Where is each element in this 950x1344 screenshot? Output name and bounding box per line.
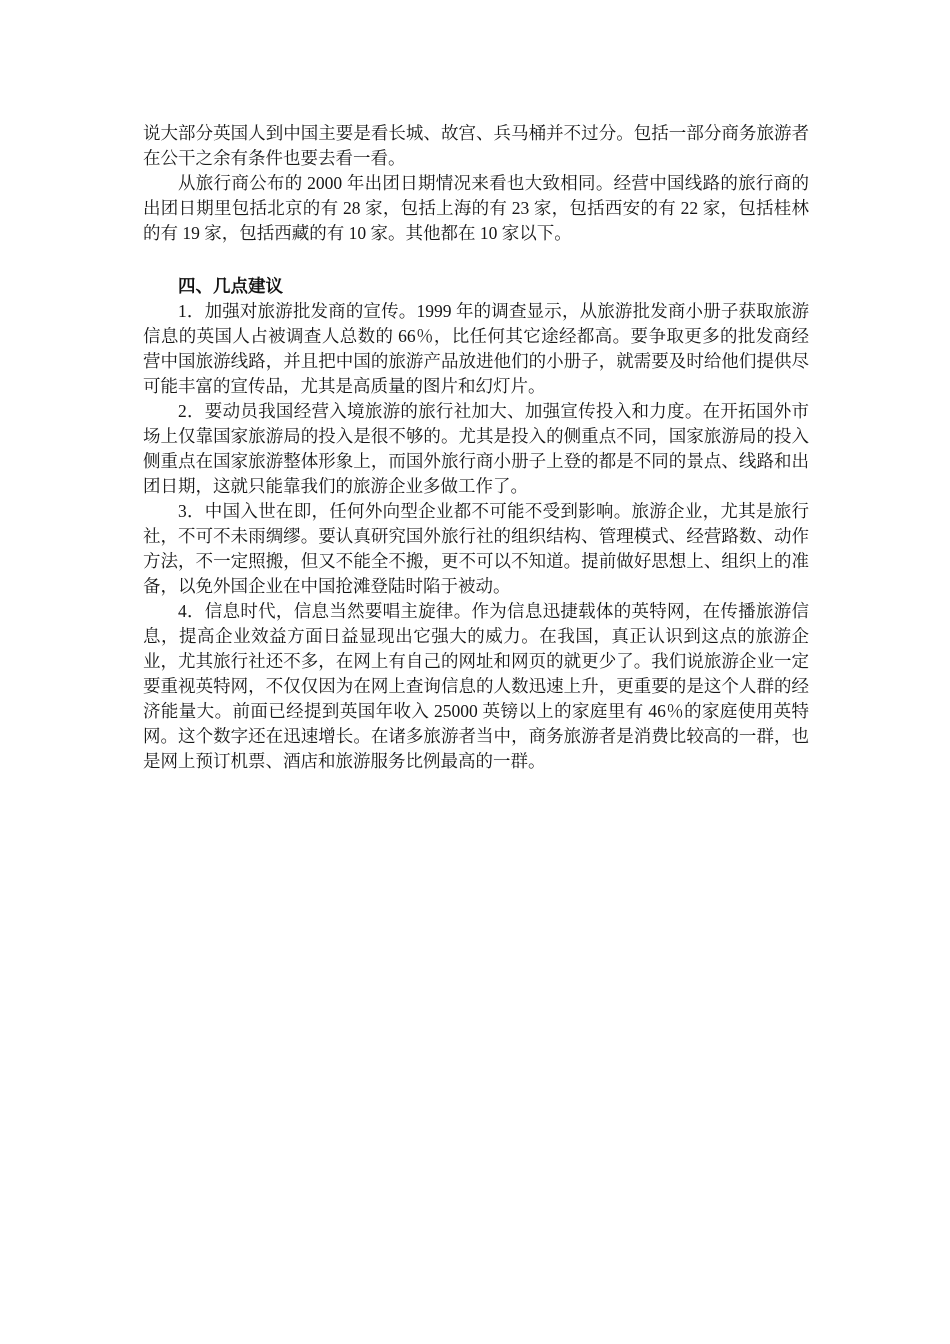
section-heading-suggestions: 四、几点建议 — [143, 274, 809, 299]
document-page: 说大部分英国人到中国主要是看长城、故宫、兵马桶并不过分。包括一部分商务旅游者在公… — [0, 0, 950, 1344]
suggestion-item-1: 1．加强对旅游批发商的宣传。1999 年的调查显示，从旅游批发商小册子获取旅游信… — [143, 299, 809, 399]
intro-paragraph-departure-dates: 从旅行商公布的 2000 年出团日期情况来看也大致相同。经营中国线路的旅行商的出… — [143, 171, 809, 246]
suggestion-item-3: 3．中国入世在即，任何外向型企业都不可能不受到影响。旅游企业，尤其是旅行社，不可… — [143, 499, 809, 599]
document-content: 说大部分英国人到中国主要是看长城、故宫、兵马桶并不过分。包括一部分商务旅游者在公… — [143, 121, 809, 774]
suggestion-item-2: 2．要动员我国经营入境旅游的旅行社加大、加强宣传投入和力度。在开拓国外市场上仅靠… — [143, 399, 809, 499]
suggestion-item-4: 4．信息时代，信息当然要唱主旋律。作为信息迅捷载体的英特网，在传播旅游信息，提高… — [143, 599, 809, 774]
intro-paragraph-continued: 说大部分英国人到中国主要是看长城、故宫、兵马桶并不过分。包括一部分商务旅游者在公… — [143, 121, 809, 171]
